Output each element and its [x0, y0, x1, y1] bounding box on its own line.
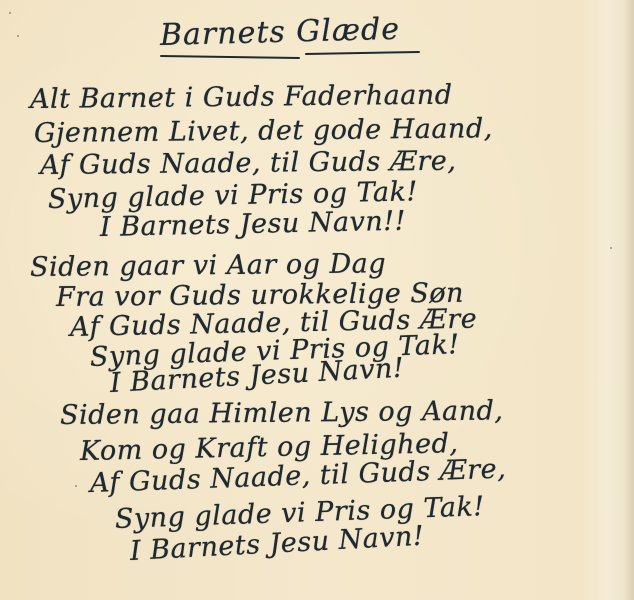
paper-speck — [610, 247, 612, 249]
paper-speck — [9, 12, 11, 14]
stanza-line: Siden gaa Himlen Lys og Aand, — [60, 395, 504, 431]
stanza-line: I Barnets Jesu Navn!! — [100, 206, 407, 243]
page-gutter — [624, 0, 634, 600]
paper-speck — [75, 485, 77, 487]
paper-speck — [17, 35, 19, 37]
stanza-line: Siden gaar vi Aar og Dag — [30, 248, 386, 283]
manuscript-title: Barnets Glæde — [160, 12, 401, 53]
stanza-line: Gjennem Livet, det gode Haand, — [34, 113, 493, 149]
stanza-line: Alt Barnet i Guds Faderhaand — [30, 80, 453, 115]
stanza-line: Af Guds Naade, til Guds Ære, — [40, 146, 457, 181]
